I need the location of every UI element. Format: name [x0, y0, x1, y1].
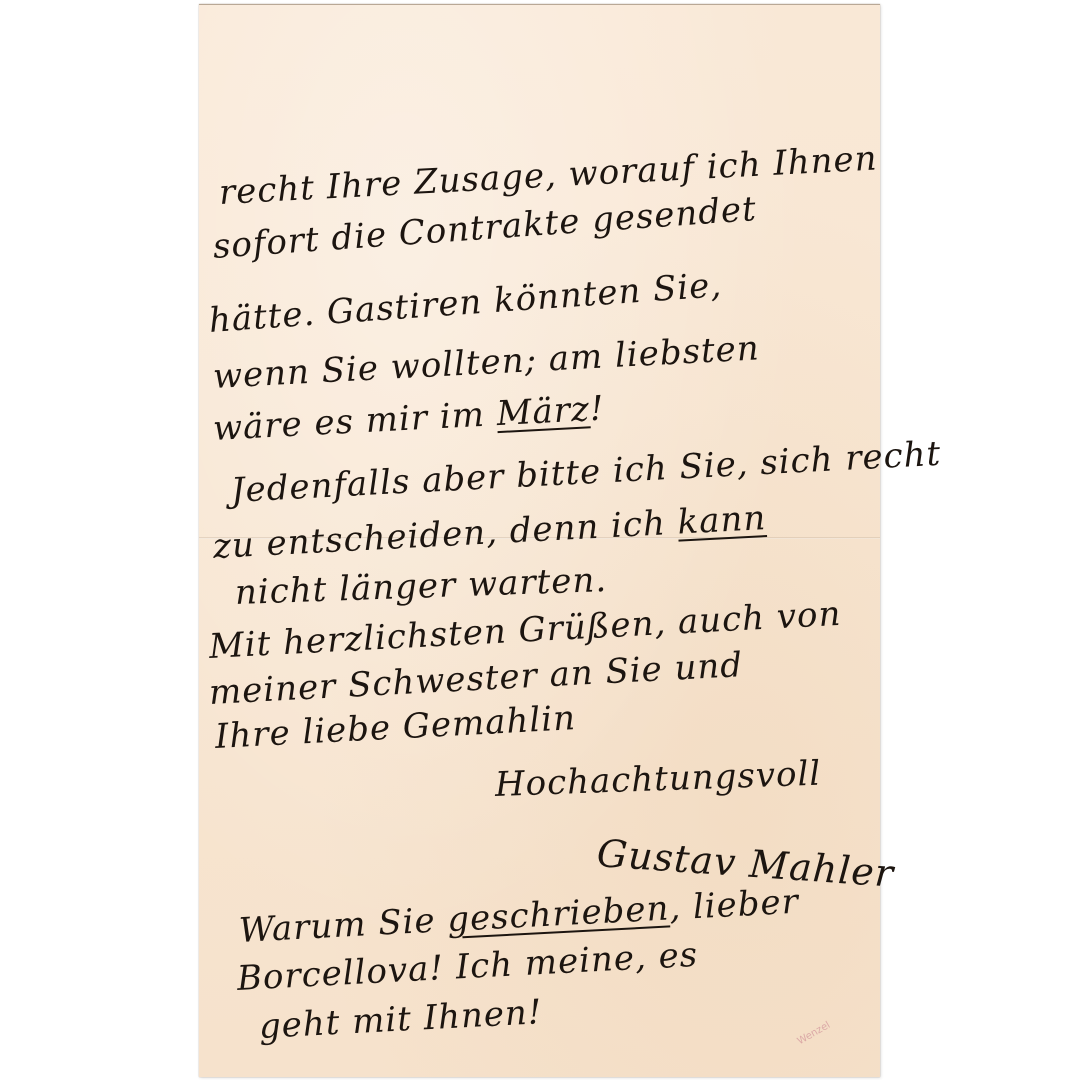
letter-line-3: hätte. Gastiren könnten Sie,: [208, 265, 724, 341]
postscript-line-3: geht mit Ihnen!: [258, 992, 543, 1047]
emphasis-kann: kann: [677, 498, 768, 543]
line-text: wäre es mir im: [212, 394, 498, 449]
postscript-line-1: Warum Sie geschrieben, lieber: [238, 882, 800, 951]
emphasis-march: März: [496, 389, 591, 434]
closing-text: Hochachtungsvoll: [494, 754, 822, 805]
line-text-after: , lieber: [668, 882, 800, 929]
archive-stamp: Wenzel: [796, 1020, 833, 1048]
emphasis-geschrieben: geschrieben: [446, 888, 670, 940]
letter-line-8: nicht länger warten.: [234, 560, 607, 613]
letter-line-6: Jedenfalls aber bitte ich Sie, sich rech…: [230, 434, 942, 511]
letter-line-7: zu entscheiden, denn ich kann: [212, 498, 767, 567]
letter-line-1: recht Ihre Zusage, worauf ich Ihnen: [218, 139, 878, 213]
letter-sheet: recht Ihre Zusage, worauf ich Ihnen sofo…: [199, 4, 880, 1077]
letter-line-5: wäre es mir im März!: [212, 389, 606, 449]
line-text: Warum Sie: [238, 900, 448, 951]
line-text-after: !: [589, 389, 606, 430]
line-text: zu entscheiden, denn ich: [212, 503, 679, 567]
letter-line-4: wenn Sie wollten; am liebsten: [212, 328, 761, 397]
